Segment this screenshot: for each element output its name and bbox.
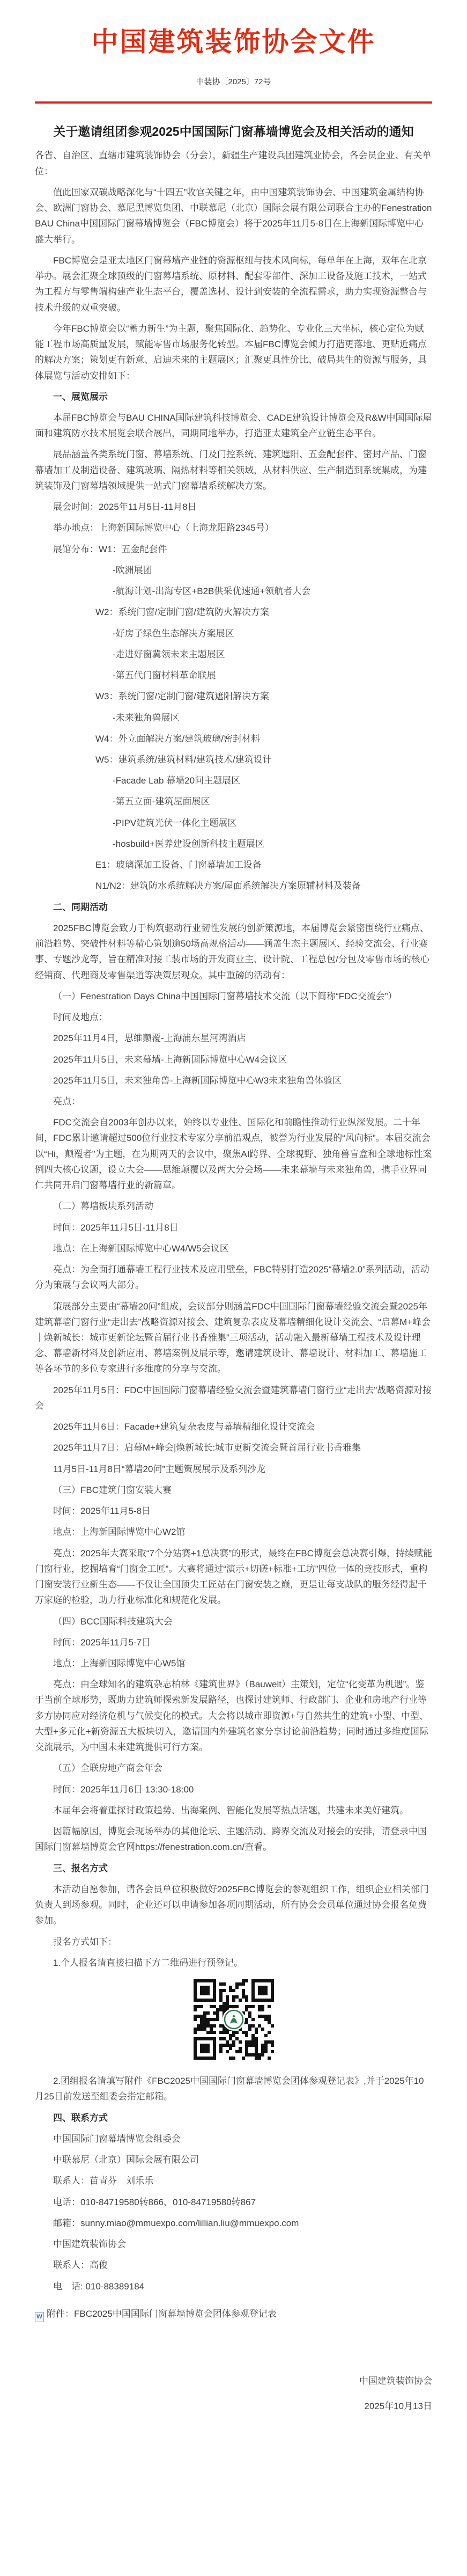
paragraph: FBC博览会是亚太地区门窗幕墙产业链的资源枢纽与技术风向标，每单年在上海，双年在… [35, 253, 432, 316]
hall-item: W2：系统门窗/定制门窗/建筑防火解决方案 [35, 604, 432, 620]
word-file-icon: W [35, 2312, 44, 2322]
paragraph: 策展部分主要由“幕墙20问”组成，会议部分则涵盖FDC中国国际门窗幕墙经验交流会… [35, 1299, 432, 1377]
paragraph: 电话：010-84719580转866、010-84719580转867 [35, 2194, 432, 2210]
paragraph: 亮点：由全球知名的建筑杂志柏林《建筑世界》（Bauwelt）主策划，定位“化变革… [35, 1677, 432, 1755]
qr-code [194, 1979, 274, 2060]
paragraph: 联系人：高俊 [35, 2257, 432, 2273]
document-body: 各省、自治区、直辖市建筑装饰协会（分会），新疆生产建设兵团建筑业协会，各会员企业… [35, 148, 432, 2322]
paragraph: 展品涵盖各类系统门窗、幕墙系统、门及门控系统、建筑遮阳、五金配套件、密封产品、门… [35, 447, 432, 494]
paragraph: FDC交流会自2003年创办以来，始终以专业性、国际化和前瞻性推动行业纵深发展。… [35, 1115, 432, 1193]
attachment-link[interactable]: W附件：FBC2025中国国际门窗幕墙博览会团体参观登记表 [35, 2306, 432, 2322]
paragraph: 今年FBC博览会以“蓄力新生”为主题，聚焦国际化、趋势化、专业化三大坐标，核心定… [35, 321, 432, 384]
hall-item: W4：外立面解决方案/建筑玻璃/密封材料 [35, 731, 432, 747]
hall-subitem: -第五代门窗材料革命联展 [35, 668, 432, 683]
paragraph: （二）幕墙板块系列活动 [35, 1198, 432, 1214]
paragraph: （三）FBC建筑门窗安装大赛 [35, 1482, 432, 1498]
paragraph: 中国建筑装饰协会 [35, 2236, 432, 2252]
document-page: 中国建筑装饰协会文件 中装协〔2025〕72号 关于邀请组团参观2025中国国际… [0, 0, 467, 2576]
hall-subitem: -航海计划-出海专区+B2B供采优速通+领航者大会 [35, 583, 432, 599]
paragraph: 2.团组报名请填写附件《FBC2025中国国际门窗幕墙博览会团体参观登记表》,并… [35, 2073, 432, 2104]
signature-block: 中国建筑装饰协会 2025年10月13日 [35, 2373, 432, 2414]
hall-subitem: -走进好窗冀领未来主题展区 [35, 647, 432, 662]
paragraph: 亮点：为全面打通幕墙工程行业技术及应用壁垒，FBC特别打造2025“幕墙2.0”… [35, 1262, 432, 1293]
hall-subitem: -hosbuild+医养建设创新科技主题展区 [35, 836, 432, 852]
paragraph: 地点：上海新国际博览中心W5馆 [35, 1656, 432, 1671]
hall-item: W5：建筑系统/建筑材料/建筑技术/建筑设计 [35, 752, 432, 767]
paragraph: （四）BCC国际科技建筑大会 [35, 1614, 432, 1629]
paragraph: 时间及地点： [35, 1009, 432, 1025]
hall-subitem: -PIPV建筑光伏一体化主题展区 [35, 815, 432, 831]
paragraph: 时间：2025年11月5-8日 [35, 1503, 432, 1519]
paragraph: 本活动自愿参加，请各会员单位积极做好2025FBC博览会的参观组织工作，组织企业… [35, 1882, 432, 1929]
signature-org: 中国建筑装饰协会 [35, 2373, 432, 2389]
hall-item: E1：玻璃深加工设备、门窗幕墙加工设备 [35, 857, 432, 873]
paragraph: 2025年11月5日，未来幕墙-上海新国际博览中心W4会议区 [35, 1052, 432, 1067]
paragraph: （一）Fenestration Days China中国国际门窗幕墙技术交流（以… [35, 989, 432, 1004]
paragraph: 2025年11月5日，未来独角兽-上海新国际博览中心W3未来独角兽体验区 [35, 1073, 432, 1088]
paragraph: 2025年11月7日：启幕M+峰会|焕新城长:城市更新交流会暨首届行业书香雅集 [35, 1440, 432, 1455]
paragraph: 地点：在上海新国际博览中心W4/W5会议区 [35, 1241, 432, 1256]
paragraph: 2025FBC博览会致力于构筑驱动行业韧性发展的创新策源地，本届博览会紧密围绕行… [35, 920, 432, 983]
hall-subitem: -未来独角兽展区 [35, 710, 432, 726]
paragraph: 报名方式如下： [35, 1934, 432, 1950]
paragraph: 时间：2025年11月6日 13:30-18:00 [35, 1782, 432, 1797]
paragraph: 举办地点：上海新国际博览中心（上海龙阳路2345号） [35, 520, 432, 536]
paragraph: 值此国家双碳战略深化与“十四五”收官关键之年，由中国建筑装饰协会、中国建筑金属结… [35, 185, 432, 247]
paragraph: 2025年11月4日，思维颠覆-上海浦东星河湾酒店 [35, 1030, 432, 1046]
paragraph: 邮箱：sunny.miao@mmuexpo.com/lillian.liu@mm… [35, 2215, 432, 2231]
paragraph: 本届年会将着重探讨政策趋势、出海案例、智能化发展等热点话题，共建未来美好建筑。 [35, 1803, 432, 1818]
association-banner-title: 中国建筑装饰协会文件 [35, 27, 432, 58]
hall-subitem: -第五立面-建筑屋面展区 [35, 794, 432, 809]
paragraph: 时间：2025年11月5-7日 [35, 1635, 432, 1650]
hall-subitem: -好房子绿色生态解决方案展区 [35, 626, 432, 641]
paragraph: 中联慕尼（北京）国际会展有限公司 [35, 2152, 432, 2168]
hall-item: W3：系统门窗/定制门窗/建筑遮阳解决方案 [35, 689, 432, 704]
paragraph: 电 话: 010-88389184 [35, 2279, 432, 2294]
signature-date: 2025年10月13日 [35, 2398, 432, 2414]
hall-subitem: -欧洲展团 [35, 562, 432, 578]
paragraph: （五）全联房地产商会年会 [35, 1760, 432, 1776]
paragraph: 2025年11月6日：Facade+建筑复杂表皮与幕墙精细化设计交流会 [35, 1419, 432, 1435]
salutation: 各省、自治区、直辖市建筑装饰协会（分会），新疆生产建设兵团建筑业协会，各会员企业… [35, 148, 432, 179]
paragraph: 因篇幅原因，博览会现场举办的其他论坛、主题活动、跨界交流及对接会的安排，请登录中… [35, 1824, 432, 1855]
paragraph: 11月5日-11月8日“幕墙20问”主题策展展示及系列沙龙 [35, 1461, 432, 1477]
paragraph: 本届FBC博览会与BAU CHINA国际建筑科技博览会、CADE建筑设计博览会及… [35, 410, 432, 441]
paragraph: 联系人：苗青芬 刘乐乐 [35, 2173, 432, 2189]
page-title: 关于邀请组团参观2025中国国际门窗幕墙博览会及相关活动的通知 [35, 123, 432, 140]
section-heading: 一、展览展示 [35, 389, 432, 405]
section-heading: 三、报名方式 [35, 1861, 432, 1876]
section-heading: 二、同期活动 [35, 899, 432, 915]
qr-code-container [35, 1979, 432, 2065]
hall-subitem: -Facade Lab 幕墙20问主题展区 [35, 773, 432, 788]
paragraph: 展会时间：2025年11月5日-11月8日 [35, 499, 432, 515]
hall-item: N1/N2：建筑防水系统解决方案/屋面系统解决方案原辅材料及装备 [35, 878, 432, 894]
paragraph: 中国国际门窗幕墙博览会组委会 [35, 2131, 432, 2147]
paragraph: 亮点：2025年大赛采取“7个分站赛+1总决赛”的形式，最终在FBC博览会总决赛… [35, 1546, 432, 1608]
paragraph: 地点：上海新国际博览中心W2馆 [35, 1524, 432, 1540]
red-divider-line [35, 101, 432, 104]
paragraph: 亮点： [35, 1094, 432, 1109]
section-heading: 四、联系方式 [35, 2110, 432, 2126]
attachment-label: 附件：FBC2025中国国际门窗幕墙博览会团体参观登记表 [47, 2309, 277, 2319]
paragraph: 1.个人报名请直接扫描下方二维码进行预登记。 [35, 1955, 432, 1971]
paragraph: 展馆分布：W1：五金配套件 [35, 541, 432, 557]
document-number: 中装协〔2025〕72号 [35, 75, 432, 89]
paragraph: 时间：2025年11月5日-11月8日 [35, 1220, 432, 1235]
paragraph: 2025年11月5日：FDC中国国际门窗幕墙经验交流会暨建筑幕墙门窗行业“走出去… [35, 1382, 432, 1414]
